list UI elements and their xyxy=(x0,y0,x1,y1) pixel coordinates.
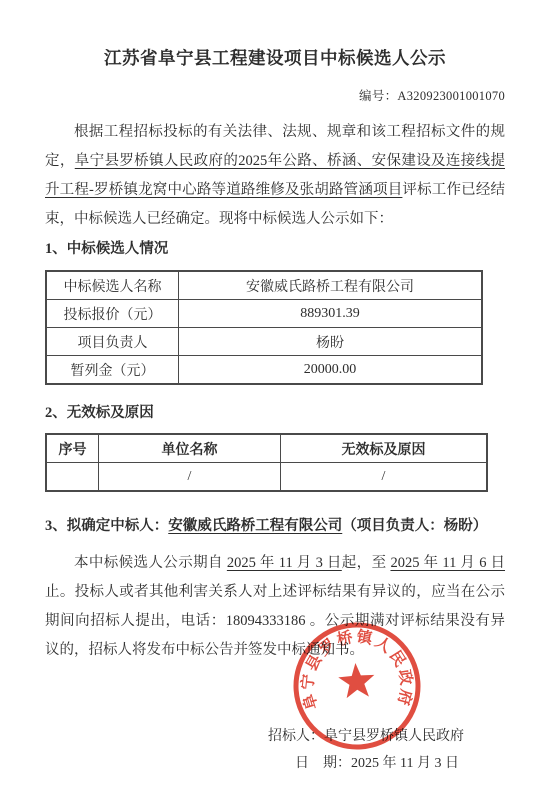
notice-text-1: 本中标候选人公示期自 xyxy=(74,555,227,571)
publicity-start-date: 2025 年 11 月 3 日 xyxy=(227,555,342,571)
provisional-sum-label: 暂列金（元） xyxy=(46,356,179,385)
serial-number: A320923001001070 xyxy=(397,89,505,103)
page-title: 江苏省阜宁县工程建设项目中标候选人公示 xyxy=(45,46,505,70)
bid-price-value: 889301.39 xyxy=(179,300,483,328)
project-manager-label: 项目负责人 xyxy=(46,328,179,356)
bid-price-label: 投标报价（元） xyxy=(46,300,179,328)
winner-name-value: 安徽威氏路桥工程有限公司 xyxy=(179,271,483,300)
section3-suffix: （项目负责人：杨盼） xyxy=(342,518,487,534)
tenderer-line: 招标人：阜宁县罗桥镇人民政府 xyxy=(268,723,505,750)
section2-heading: 2、无效标及原因 xyxy=(45,402,505,424)
signature-date-value: 2025 年 11 月 3 日 xyxy=(351,756,459,771)
table-row: 项目负责人 杨盼 xyxy=(46,328,482,356)
signature-date-line: 日 期：2025 年 11 月 3 日 xyxy=(295,750,505,777)
winner-name-label: 中标候选人名称 xyxy=(46,271,179,300)
intro-paragraph: 根据工程招标投标的有关法律、法规、规章和该工程招标文件的规定，阜宁县罗桥镇人民政… xyxy=(45,118,505,234)
signature-block: 招标人：阜宁县罗桥镇人民政府 日 期：2025 年 11 月 3 日 xyxy=(268,723,505,777)
table-row: 中标候选人名称 安徽威氏路桥工程有限公司 xyxy=(46,271,482,300)
star-icon xyxy=(337,662,375,699)
notice-text-3: 止。投标人或者其他利害关系人对上述评标结果有异议的，应当在公示期间向招标人提出，… xyxy=(45,584,505,658)
date-label: 日 期： xyxy=(295,756,351,771)
provisional-sum-value: 20000.00 xyxy=(179,356,483,385)
notice-paragraph: 本中标候选人公示期自 2025 年 11 月 3 日起，至 2025 年 11 … xyxy=(45,549,505,665)
table-row: 暂列金（元） 20000.00 xyxy=(46,356,482,385)
invalid-bids-table: 序号 单位名称 无效标及原因 / / xyxy=(45,433,488,492)
notice-text-2: 起，至 xyxy=(342,555,391,571)
project-manager-value: 杨盼 xyxy=(179,328,483,356)
table-row: 投标报价（元） 889301.39 xyxy=(46,300,482,328)
serial-number-line: 编号：A320923001001070 xyxy=(45,88,505,104)
header-seq-no: 序号 xyxy=(46,434,99,463)
section3-heading: 3、拟确定中标人：安徽威氏路桥工程有限公司（项目负责人：杨盼） xyxy=(45,515,505,537)
serial-label: 编号： xyxy=(359,89,397,103)
publicity-end-date: 2025 年 11 月 6 日 xyxy=(390,555,505,571)
cell-seq-no xyxy=(46,463,99,492)
section1-heading: 1、中标候选人情况 xyxy=(45,238,505,260)
tenderer-name: 阜宁县罗桥镇人民政府 xyxy=(324,729,464,744)
confirmed-winner-name: 安徽威氏路桥工程有限公司 xyxy=(168,518,342,534)
cell-unit-name: / xyxy=(99,463,281,492)
table-header-row: 序号 单位名称 无效标及原因 xyxy=(46,434,487,463)
cell-invalid-reason: / xyxy=(281,463,488,492)
section3-prefix: 3、拟确定中标人： xyxy=(45,518,168,534)
header-invalid-reason: 无效标及原因 xyxy=(281,434,488,463)
header-unit-name: 单位名称 xyxy=(99,434,281,463)
announcement-document: 江苏省阜宁县工程建设项目中标候选人公示 编号：A320923001001070 … xyxy=(0,0,550,796)
winner-candidate-table: 中标候选人名称 安徽威氏路桥工程有限公司 投标报价（元） 889301.39 项… xyxy=(45,270,483,385)
table-row: / / xyxy=(46,463,487,492)
tenderer-label: 招标人： xyxy=(268,729,324,744)
